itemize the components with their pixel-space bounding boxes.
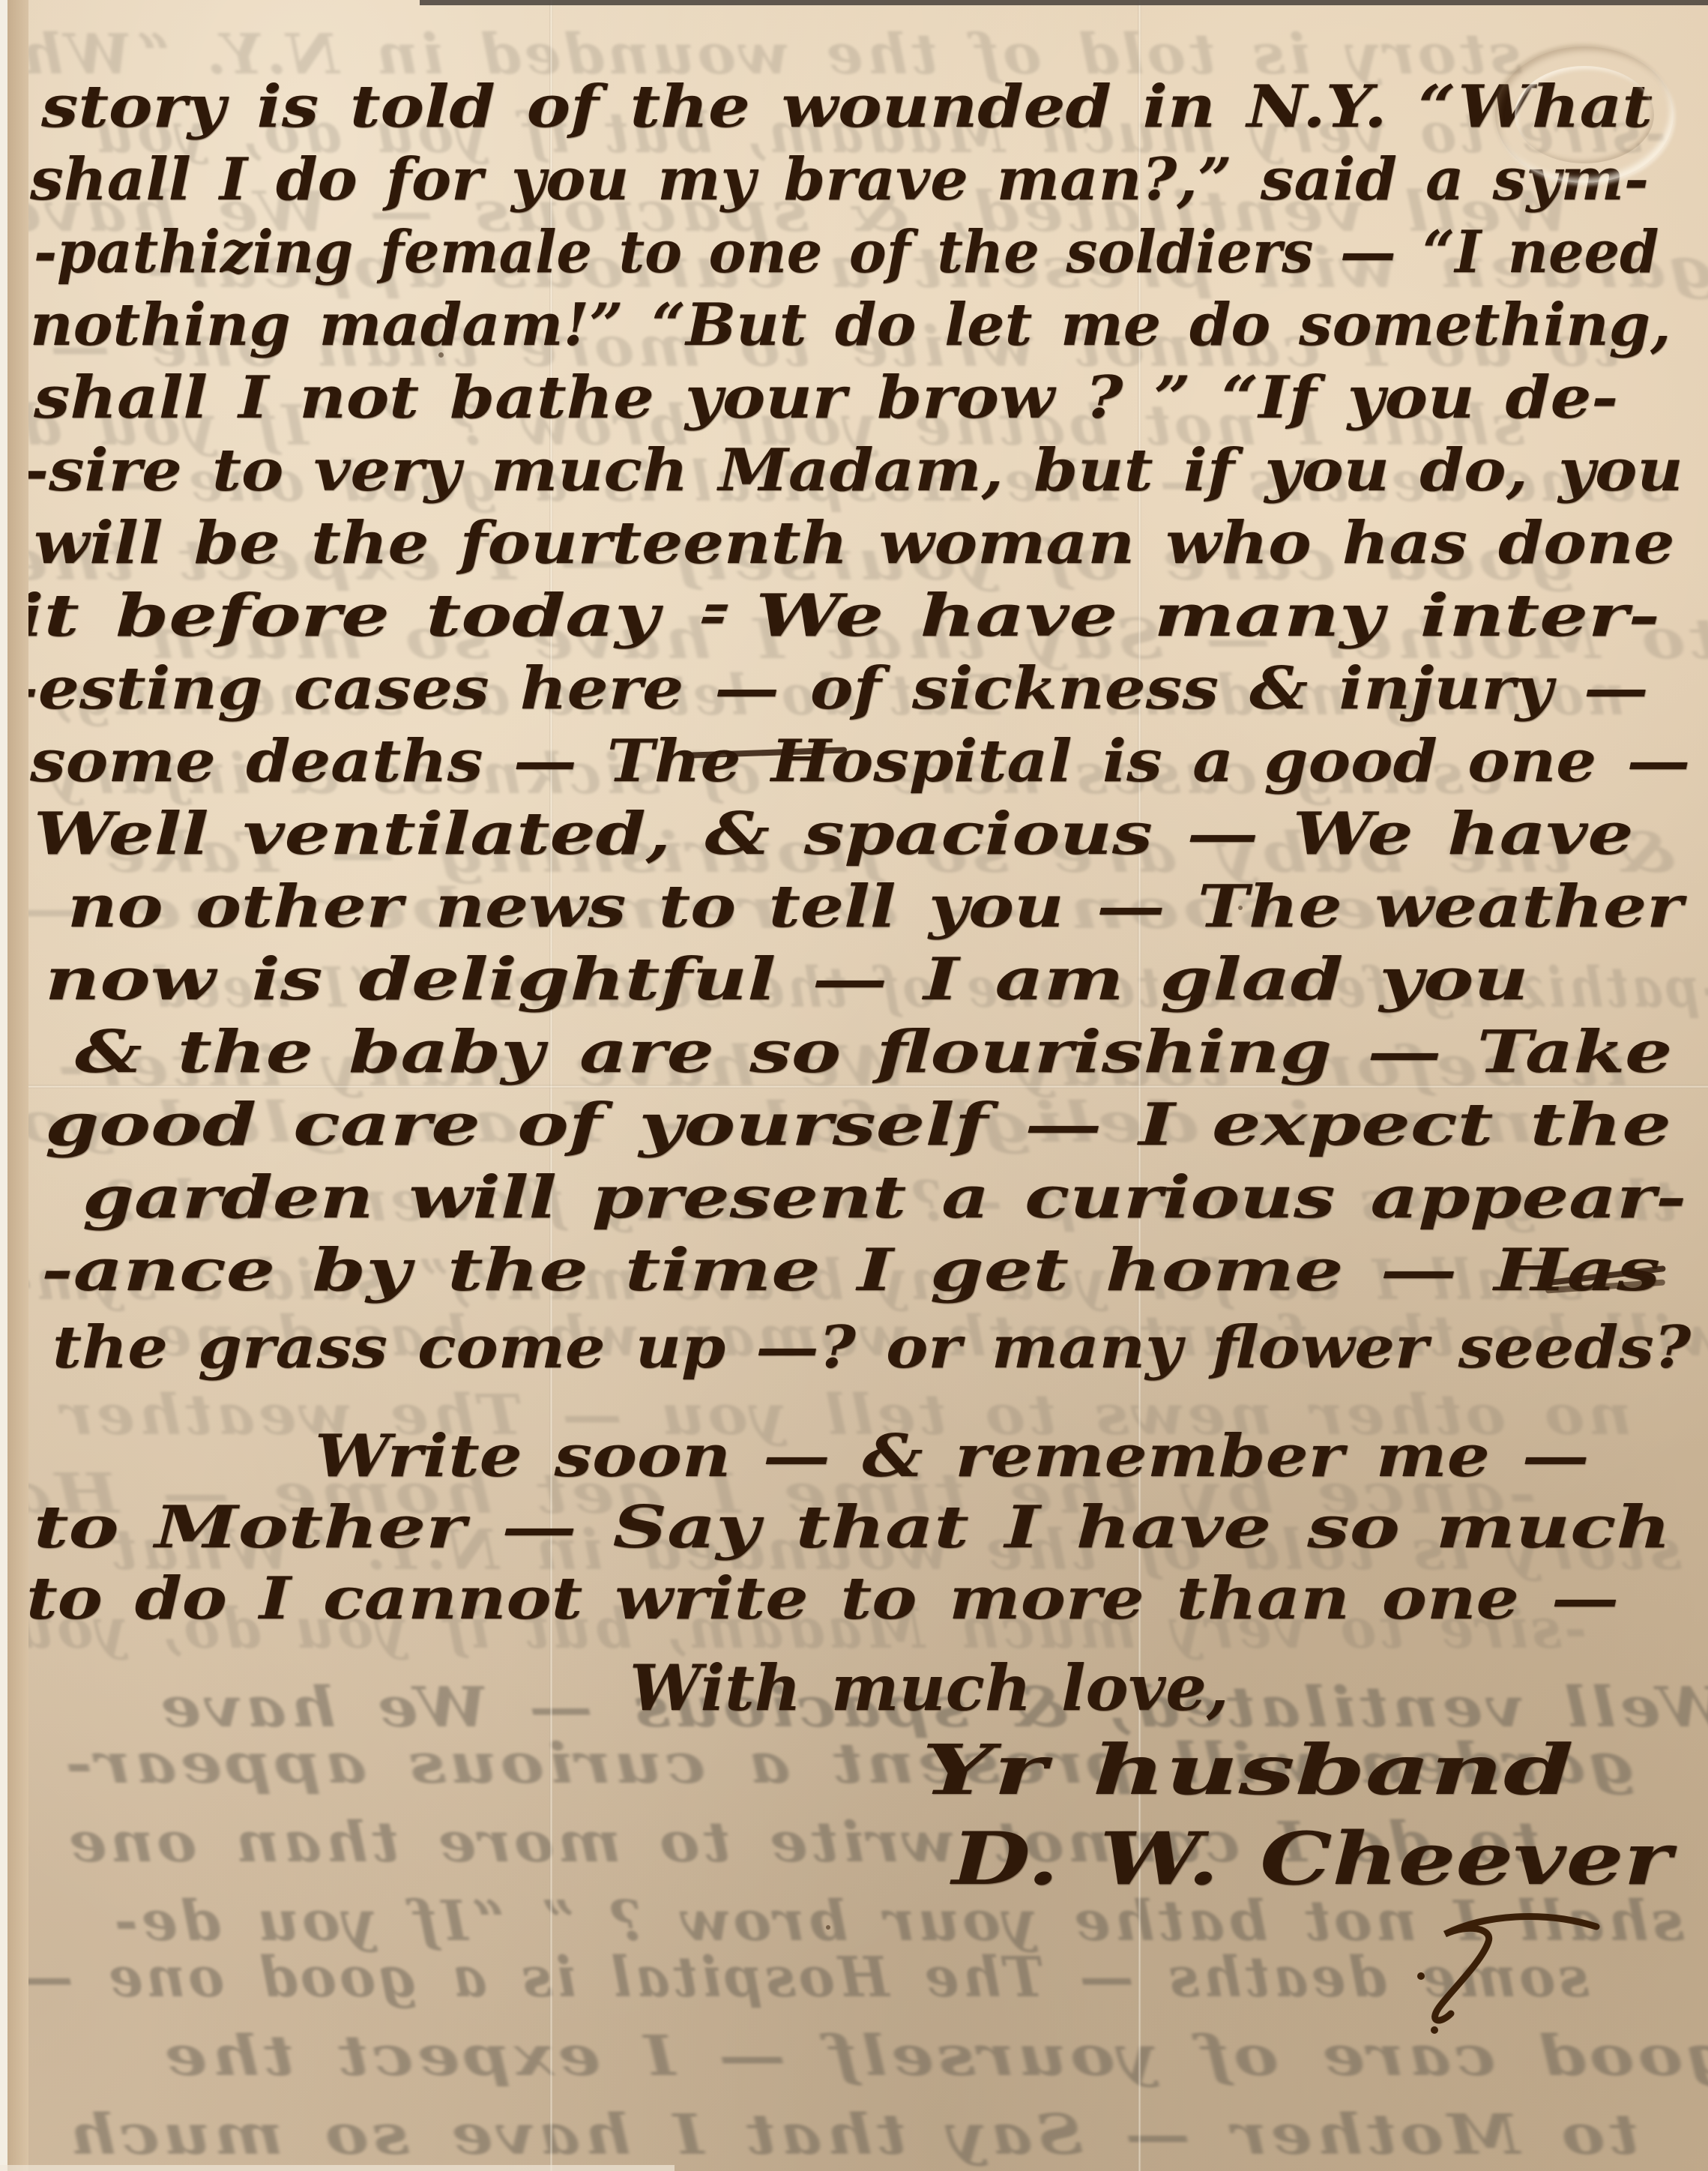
ink-speck (826, 1925, 830, 1930)
letter-line: to do I cannot write to more than one — (26, 1570, 1619, 1628)
paper-edge-bottom (0, 2165, 675, 2171)
scan-edge-left (0, 0, 7, 2171)
ink-speck (1238, 906, 1243, 910)
letter-line: -esting cases here — of sickness & injur… (11, 660, 1648, 718)
embossed-seal-inner-ring (1515, 66, 1654, 163)
letter-line: -pathizing female to one of the soldiers… (34, 223, 1659, 282)
signature-flourish (1371, 1904, 1611, 2039)
bleedthrough-line: some deaths — The Hospital is a good one… (16, 1950, 1590, 2005)
ink-speck (249, 1276, 253, 1280)
letter-line: Well ventilated, & spacious — We have (34, 805, 1633, 864)
letter-line: nothing madam!” “But do let me do someth… (30, 296, 1671, 355)
letter-line: Write soon — & remember me — (315, 1427, 1589, 1486)
letter-line: story is told of the wounded in N.Y. “Wh… (41, 78, 1653, 136)
letter-line: shall I not bathe your brow ? ” “If you … (34, 369, 1618, 427)
letter-line: the grass come up —? or many flower seed… (52, 1319, 1691, 1377)
letter-line: some deaths — The Hospital is a good one… (30, 732, 1690, 791)
letter-line: good care of yourself — I expect the (45, 1096, 1671, 1154)
letter-line: & the baby are so flourishing — Take (75, 1023, 1672, 1082)
scan-edge-top (420, 0, 1708, 5)
letter-line: it before today ⹀ We have many inter- (15, 587, 1660, 645)
letter-line: With much love, (630, 1657, 1229, 1720)
letter-line: -ance by the time I get home — Has (41, 1241, 1660, 1300)
letter-line: Yr husband (922, 1735, 1574, 1804)
letter-line: D. W. Cheever (952, 1823, 1671, 1895)
letter-line: garden will present a curious appear- (82, 1169, 1686, 1227)
ink-speck (438, 352, 444, 358)
letter-line: will be the fourteenth woman who has don… (34, 514, 1675, 573)
bleedthrough-line: to Mother — Say that I have so much (65, 2107, 1639, 2163)
embossed-seal (1495, 46, 1674, 183)
letter-page: story is told of the wounded in N.Y. “Wh… (0, 0, 1708, 2171)
paper-edge-left (7, 0, 28, 2171)
letter-line: now is delightful — I am glad you (45, 951, 1529, 1009)
letter-line: to Mother — Say that I have so much (34, 1499, 1671, 1557)
letter-line: shall I do for you my brave man?,” said … (30, 151, 1649, 209)
letter-line: no other news to tell you — The weather (67, 878, 1683, 936)
letter-line: -sire to very much Madam, but if you do,… (22, 442, 1683, 500)
